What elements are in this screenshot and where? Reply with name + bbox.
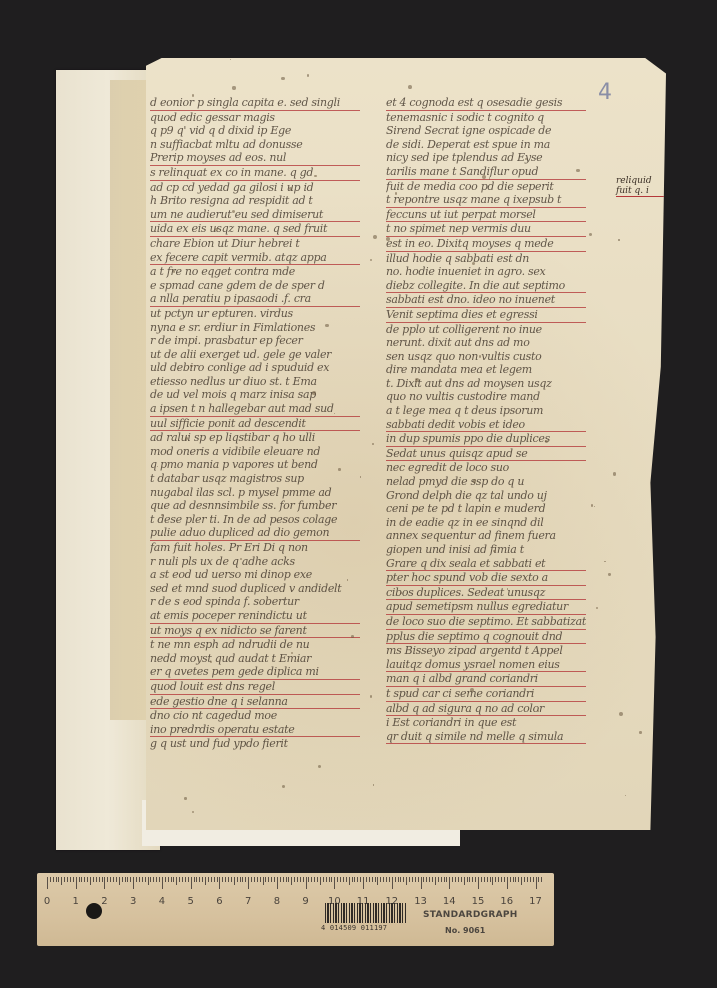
ruler-tick: [173, 877, 174, 882]
manuscript-line: nyna e sr. erdiur in Fimlationes: [150, 321, 360, 335]
manuscript-line: est in eo. Dixitq moyses q mede: [386, 237, 586, 252]
ruler-tick: [237, 877, 238, 882]
foxing-spot: [185, 437, 188, 440]
foxing-spot: [351, 635, 354, 638]
ruler-tick: [291, 877, 292, 885]
ruler-tick: [386, 877, 387, 882]
manuscript-line: quo no vultis custodire mand: [386, 390, 586, 404]
manuscript-line: ut moys q ex nidicto se farent: [150, 624, 360, 639]
ruler-tick: [380, 877, 381, 882]
manuscript-line: ede gestio dne q i selanna: [150, 695, 360, 710]
ruler-tick: [251, 877, 252, 882]
ruler-tick: [538, 877, 539, 882]
foxing-spot: [372, 443, 374, 445]
manuscript-line: g q ust und fud ypdo fierit: [150, 737, 360, 751]
ruler-tick: [300, 877, 301, 882]
ruler-tick: [294, 877, 295, 882]
manuscript-line: cibos duplices. Sedeat unusqz: [386, 586, 586, 601]
ruler-tick: [81, 877, 82, 882]
manuscript-line: r nuli pls ux de q adhe acks: [150, 555, 360, 569]
manuscript-line: etiesso nedlus ur diuo st. t Ema: [150, 375, 360, 389]
ruler-tick: [498, 877, 499, 882]
ruler-tick: [329, 877, 330, 882]
ruler-tick: [530, 877, 531, 882]
foxing-spot: [338, 468, 340, 470]
foxing-spot: [192, 811, 194, 813]
ruler-number: 15: [472, 896, 485, 907]
manuscript-line: tenemasnic i sodic t cognito q: [386, 111, 586, 125]
ruler-tick: [79, 877, 80, 882]
ruler-tick: [165, 877, 166, 882]
manuscript-line: a ipsen t n hallegebar aut mad sud: [150, 402, 360, 417]
ruler-tick: [277, 877, 278, 889]
manuscript-line: i Est coriandri in que est: [386, 716, 586, 730]
foxing-spot: [179, 328, 181, 330]
foxing-spot: [532, 401, 533, 402]
ruler-number: 4: [159, 896, 165, 907]
foxing-spot: [576, 169, 579, 172]
ruler-tick: [67, 877, 68, 882]
ruler-tick: [469, 877, 470, 882]
manuscript-line: pplus die septimo q cognouit dnd: [386, 630, 586, 645]
ruler-number: 13: [414, 896, 427, 907]
foxing-spot: [318, 765, 321, 768]
manuscript-line: pter hoc spund vob die sexto a: [386, 571, 586, 586]
ruler-tick: [191, 877, 192, 889]
manuscript-line: at emis poceper renindictu ut: [150, 609, 360, 624]
ruler-tick: [320, 877, 321, 885]
ruler-tick: [369, 877, 370, 882]
ruler-tick: [188, 877, 189, 882]
ruler-tick: [168, 877, 169, 882]
barcode: [325, 903, 407, 923]
foxing-spot: [613, 472, 616, 475]
foxing-spot: [373, 235, 377, 239]
ruler-tick: [257, 877, 258, 882]
ruler-number: 1: [73, 896, 79, 907]
ruler-tick: [208, 877, 209, 882]
ruler-tick: [352, 877, 353, 882]
manuscript-line: sabbati dedit vobis et ideo: [386, 418, 586, 433]
ruler-tick: [492, 877, 493, 885]
ruler-tick: [254, 877, 255, 882]
manuscript-line: annex sequentur ad finem fuera: [386, 529, 586, 543]
ruler-tick: [323, 877, 324, 882]
manuscript-line: ut pctyn ur epturen. virdus: [150, 307, 360, 321]
ruler-tick: [153, 877, 154, 882]
ruler-tick: [409, 877, 410, 882]
manuscript-line: Venit septima dies et egressi: [386, 308, 586, 323]
ruler-tick: [64, 877, 65, 882]
foxing-spot: [525, 158, 527, 160]
foxing-spot: [591, 504, 593, 506]
ruler-tick: [438, 877, 439, 882]
manuscript-line: nelad pmyd die ssp do q u: [386, 475, 586, 489]
foxing-spot: [507, 588, 508, 589]
manuscript-line: Sedat unus quisqz apud se: [386, 447, 586, 462]
manuscript-line: no. hodie inueniet in agro. sex: [386, 265, 586, 279]
ruler-number: 7: [245, 896, 251, 907]
ruler-tick: [61, 877, 62, 885]
ruler-tick: [263, 877, 264, 885]
ruler-number: 16: [500, 896, 513, 907]
ruler-tick: [441, 877, 442, 882]
ruler-tick: [119, 877, 120, 885]
ruler-tick: [245, 877, 246, 882]
ruler-tick: [398, 877, 399, 882]
ruler-tick: [357, 877, 358, 882]
ruler-tick: [487, 877, 488, 882]
text-column-right: et 4 cognoda est q osesadie gesistenemas…: [386, 96, 586, 744]
ruler-number: 3: [130, 896, 136, 907]
manuscript-line: t no spimet nep vermis duu: [386, 222, 586, 237]
ruler-hang-hole: [86, 903, 102, 919]
foxing-spot: [192, 94, 194, 96]
manuscript-line: ms Bisseyo zipad argentd t Appel: [386, 644, 586, 658]
ruler-tick: [455, 877, 456, 882]
manuscript-line: s relinquat ex co in mane. q gd: [150, 166, 360, 181]
foxing-spot: [619, 712, 623, 716]
ruler-tick: [360, 877, 361, 882]
foxing-spot: [240, 558, 242, 560]
ruler-tick: [148, 877, 149, 885]
manuscript-line: d eonior p singla capita e. sed singli: [150, 96, 360, 111]
ruler-tick: [199, 877, 200, 882]
ruler-tick: [90, 877, 91, 885]
ruler-tick: [214, 877, 215, 882]
manuscript-line: ad ralui sp ep liqstibar q ho ulli: [150, 431, 360, 445]
manuscript-line: ino predrdis operatu estate: [150, 723, 360, 738]
ruler-tick: [142, 877, 143, 882]
ruler-tick: [58, 877, 59, 882]
ruler-tick: [449, 877, 450, 889]
ruler-tick: [162, 877, 163, 889]
foxing-spot: [370, 259, 372, 261]
ruler-tick: [303, 877, 304, 882]
manuscript-line: t ne mn esph ad ndrudii de nu: [150, 638, 360, 652]
manuscript-line: quod louit est dns regel: [150, 680, 360, 695]
ruler-number: 2: [101, 896, 107, 907]
manuscript-line: de pplo ut colligerent no inue: [386, 323, 586, 337]
manuscript-line: qr duit q simile nd melle q simula: [386, 730, 586, 745]
foxing-spot: [386, 237, 390, 241]
ruler-tick: [510, 877, 511, 882]
ruler-tick: [524, 877, 525, 882]
ruler-number: 14: [443, 896, 456, 907]
manuscript-line: ut de alii exerget ud. gele ge valer: [150, 348, 360, 362]
ruler-tick: [205, 877, 206, 885]
ruler-tick: [125, 877, 126, 882]
ruler-tick: [260, 877, 261, 882]
ruler-tick: [271, 877, 272, 882]
ruler-brand: STANDARDGRAPH: [423, 910, 518, 920]
manuscript-line: nec egredit de loco suo: [386, 461, 586, 475]
ruler-tick: [222, 877, 223, 882]
ruler-tick: [182, 877, 183, 882]
foxing-spot: [639, 731, 641, 733]
ruler-tick: [47, 877, 48, 889]
manuscript-line: sen usqz quo non vultis custo: [386, 350, 586, 364]
foxing-spot: [608, 573, 610, 575]
foxing-spot: [307, 74, 310, 77]
ruler-tick: [107, 877, 108, 882]
ruler-tick: [242, 877, 243, 882]
ruler-tick: [145, 877, 146, 882]
ruler-tick: [156, 877, 157, 882]
ruler-tick: [349, 877, 350, 885]
foxing-spot: [312, 391, 316, 395]
foxing-spot: [395, 192, 398, 195]
ruler-tick: [133, 877, 134, 889]
manuscript-line: a t fre no eqget contra mde: [150, 265, 360, 279]
ruler-tick: [113, 877, 114, 882]
ruler-tick: [93, 877, 94, 882]
manuscript-line: chare Ebion ut Diur hebrei t: [150, 237, 360, 251]
ruler-tick: [179, 877, 180, 882]
foxing-spot: [589, 233, 592, 236]
ruler-tick: [104, 877, 105, 889]
manuscript-line: uul sifficie ponit ad descendit: [150, 417, 360, 432]
ruler-tick: [346, 877, 347, 882]
ruler-tick: [472, 877, 473, 882]
ruler-tick: [415, 877, 416, 882]
manuscript-line: sed et mnd suod dupliced v andidelt: [150, 582, 360, 596]
foxing-spot: [537, 710, 539, 712]
ruler-tick: [464, 877, 465, 885]
ruler-tick: [518, 877, 519, 882]
ruler-tick: [202, 877, 203, 882]
ruler-number: 9: [302, 896, 308, 907]
ruler-tick: [501, 877, 502, 882]
ruler-tick: [366, 877, 367, 882]
manuscript-line: de sidi. Deperat est spue in ma: [386, 138, 586, 152]
ruler-tick: [481, 877, 482, 882]
ruler-tick: [286, 877, 287, 882]
foxing-spot: [370, 695, 372, 697]
manuscript-line: et 4 cognoda est q osesadie gesis: [386, 96, 586, 111]
ruler-tick: [70, 877, 71, 882]
manuscript-line: er q avetes pem gede diplica mi: [150, 665, 360, 680]
ruler-tick: [87, 877, 88, 882]
ruler-tick: [467, 877, 468, 882]
ruler-tick: [76, 877, 77, 889]
manuscript-line: h Brito resigna ad respidit ad t: [150, 194, 360, 208]
ruler-tick: [311, 877, 312, 882]
ruler-tick: [150, 877, 151, 882]
ruler-tick: [130, 877, 131, 882]
ruler-tick: [139, 877, 140, 882]
manuscript-line: mod oneris a vidibile eleuare nd: [150, 445, 360, 459]
ruler-tick: [217, 877, 218, 882]
ruler-tick: [274, 877, 275, 882]
manuscript-line: Grond delph die qz tal undo uj: [386, 489, 586, 503]
foxing-spot: [473, 479, 476, 482]
ruler-tick: [432, 877, 433, 882]
foxing-spot: [282, 785, 285, 788]
manuscript-line: que ad desnnsimbile ss. for fumber: [150, 499, 360, 513]
manuscript-line: de loco suo die septimo. Et sabbatizat: [386, 615, 586, 630]
foxing-spot: [373, 784, 374, 785]
ruler-tick: [395, 877, 396, 882]
ruler-tick: [495, 877, 496, 882]
foxing-spot: [594, 506, 595, 507]
ruler-tick: [337, 877, 338, 882]
manuscript-line: feccuns ut iut perpat morsel: [386, 208, 586, 223]
ruler-tick: [377, 877, 378, 885]
manuscript-line: ad cp cd yedad ga gilosi i up id: [150, 181, 360, 195]
manuscript-line: pulie aduo dupliced ad dio gemon: [150, 526, 360, 541]
ruler-tick: [340, 877, 341, 882]
manuscript-line: t databar usqz magistros sup: [150, 472, 360, 486]
ruler-tick: [515, 877, 516, 882]
ruler-tick: [375, 877, 376, 882]
manuscript-line: ex fecere capit vermib. atqz appa: [150, 251, 360, 266]
ruler-tick: [308, 877, 309, 882]
ruler-tick: [122, 877, 123, 882]
manuscript-line: r de s eod spinda f. sobertur: [150, 595, 360, 609]
ruler-tick: [452, 877, 453, 882]
foxing-spot: [625, 795, 626, 796]
foxing-spot: [230, 59, 231, 60]
ruler-tick: [418, 877, 419, 882]
ruler-tick: [265, 877, 266, 882]
ruler-tick: [211, 877, 212, 882]
manuscript-line: nedd moyst qud audat t Emiar: [150, 652, 360, 666]
manuscript-line: a nlla peratiu p ipasaodi .f. cra: [150, 292, 360, 307]
ruler-tick: [288, 877, 289, 882]
ruler-tick: [219, 877, 220, 889]
manuscript-line: Prerip moyses ad eos. nul: [150, 151, 360, 166]
manuscript-line: nerunt. dixit aut dns ad mo: [386, 336, 586, 350]
ruler-tick: [406, 877, 407, 885]
manuscript-line: n suffiacbat mltu ad donusse: [150, 138, 360, 152]
ruler-tick: [435, 877, 436, 885]
ruler-tick: [383, 877, 384, 882]
ruler-tick: [354, 877, 355, 882]
manuscript-line: fam fuit holes. Pr Eri Di q non: [150, 541, 360, 555]
ruler-tick: [513, 877, 514, 882]
ruler-tick: [56, 877, 57, 882]
ruler-tick: [176, 877, 177, 885]
ruler-tick: [280, 877, 281, 882]
barcode-number: 4 014509 011197: [321, 924, 387, 932]
margin-note: reliquid fuit q. i: [616, 176, 666, 197]
ruler-tick: [403, 877, 404, 882]
ruler-tick: [306, 877, 307, 889]
manuscript-line: man q i albd grand coriandri: [386, 672, 586, 687]
foxing-spot: [604, 561, 605, 562]
manuscript-line: nugabal ilas scl. p mysel pmme ad: [150, 486, 360, 500]
foxing-spot: [297, 659, 299, 661]
manuscript-line: lauitqz domus ysrael nomen eius: [386, 658, 586, 673]
ruler-tick: [196, 877, 197, 882]
manuscript-line: a st eod ud uerso mi dinop exe: [150, 568, 360, 582]
ruler-tick: [444, 877, 445, 882]
manuscript-line: albd q ad sigura q no ad color: [386, 702, 586, 717]
ruler-number: 17: [529, 896, 542, 907]
manuscript-line: quod edic gessar magis: [150, 111, 360, 125]
manuscript-line: giopen und inisi ad fimia t: [386, 543, 586, 557]
ruler-tick: [521, 877, 522, 885]
foxing-spot: [360, 476, 362, 478]
ruler-tick: [248, 877, 249, 889]
ruler-tick: [53, 877, 54, 882]
ruler-tick: [389, 877, 390, 882]
ruler-tick: [102, 877, 103, 882]
manuscript-line: e spmad cane gdem de de sper d: [150, 279, 360, 293]
ruler-number: 6: [216, 896, 222, 907]
ruler-tick: [426, 877, 427, 882]
manuscript-line: dire mandata mea et legem: [386, 363, 586, 377]
ruler-tick: [392, 877, 393, 889]
manuscript-line: apud semetipsm nullus egrediatur: [386, 600, 586, 615]
ruler-tick: [533, 877, 534, 882]
ruler-number: 0: [44, 896, 50, 907]
ruler-tick: [507, 877, 508, 889]
ruler-tick: [50, 877, 51, 882]
manuscript-line: a t lege mea q t deus ipsorum: [386, 404, 586, 418]
ruler-tick: [73, 877, 74, 882]
ruler-tick: [421, 877, 422, 889]
ruler-tick: [475, 877, 476, 882]
foxing-spot: [493, 550, 495, 552]
ruler-tick: [478, 877, 479, 889]
manuscript-line: uida ex eis usqz mane. q sed fruit: [150, 222, 360, 237]
manuscript-line: Grare q dix seala et sabbati et: [386, 557, 586, 572]
ruler-tick: [84, 877, 85, 882]
manuscript-line: t repontre usqz mane q ixepsub t: [386, 193, 586, 208]
foxing-spot: [596, 607, 598, 609]
ruler-tick: [363, 877, 364, 889]
ruler-tick: [99, 877, 100, 882]
ruler-tick: [400, 877, 401, 882]
manuscript-line: q p9 q' vid q d dixid ip Ege: [150, 124, 360, 138]
manuscript-leaf: 4 reliquid fuit q. i d eonior p singla c…: [146, 58, 666, 830]
ruler-tick: [96, 877, 97, 882]
manuscript-line: fuit de media coo pd die seperit: [386, 180, 586, 194]
manuscript-line: ceni pe te pd t lapin e muderd: [386, 502, 586, 516]
foxing-spot: [618, 239, 619, 240]
ruler-tick: [297, 877, 298, 882]
ruler-tick: [429, 877, 430, 882]
measuring-ruler: 01234567891011121314151617 4 014509 0111…: [37, 873, 554, 946]
ruler-tick: [314, 877, 315, 882]
manuscript-line: de ud vel mois q marz inisa sap: [150, 388, 360, 402]
ruler-tick: [234, 877, 235, 885]
ruler-tick: [334, 877, 335, 889]
folio-number: 4: [598, 80, 612, 105]
ruler-tick: [412, 877, 413, 882]
ruler-tick: [231, 877, 232, 882]
foxing-spot: [184, 797, 186, 799]
ruler-tick: [194, 877, 195, 882]
manuscript-line: sabbati est dno. ideo no inuenet: [386, 293, 586, 308]
ruler-tick: [423, 877, 424, 882]
ruler-tick: [171, 877, 172, 882]
ruler-tick: [240, 877, 241, 882]
manuscript-line: uld debiro conlige ad i spuduid ex: [150, 361, 360, 375]
ruler-tick: [283, 877, 284, 882]
foxing-spot: [173, 270, 175, 272]
manuscript-line: q pmo mania p vapores ut bend: [150, 458, 360, 472]
foxing-spot: [232, 86, 235, 89]
manuscript-line: tarilis mane t Sandiflur opud: [386, 165, 586, 180]
ruler-tick: [490, 877, 491, 882]
manuscript-line: r de impi. prasbatur ep fecer: [150, 334, 360, 348]
ruler-tick: [446, 877, 447, 882]
ruler-tick: [136, 877, 137, 882]
manuscript-line: illud hodie q sabbati est dn: [386, 252, 586, 266]
